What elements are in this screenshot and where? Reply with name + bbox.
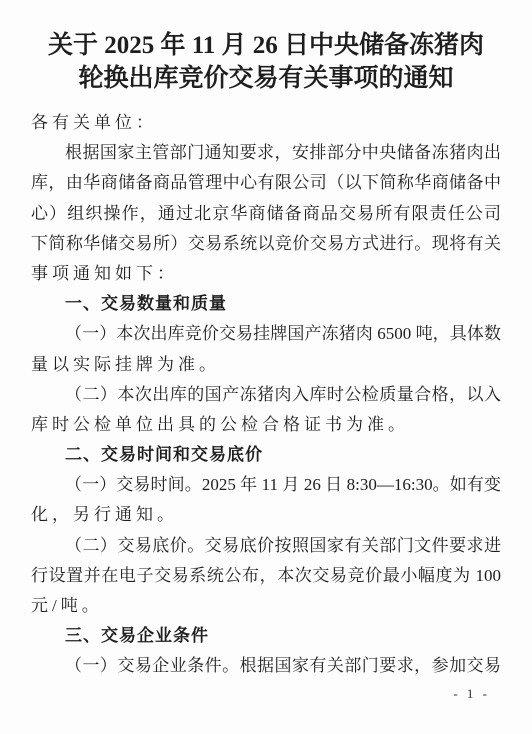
document-title-line-1: 关于 2025 年 11 月 26 日中央储备冻猪肉 <box>20 29 512 62</box>
body-line: 元/吨。 <box>31 591 501 621</box>
document-page: 关于 2025 年 11 月 26 日中央储备冻猪肉 轮换出库竞价交易有关事项的… <box>0 0 532 734</box>
section-heading: 三、交易企业条件 <box>31 621 501 651</box>
body-line: 行设置并在电子交易系统公布，本次交易竞价最小幅度为 100 <box>31 561 501 591</box>
page-number: - 1 - <box>453 686 490 702</box>
salutation-line: 各有关单位： <box>31 108 501 138</box>
body-line: 根据国家主管部门通知要求，安排部分中央储备冻猪肉出 <box>31 138 501 168</box>
body-line: 心）组织操作，通过北京华商储备商品交易所有限责任公司（以 <box>31 199 501 229</box>
body-line: 量以实际挂牌为准。 <box>31 350 501 380</box>
body-line: （二）本次出库的国产冻猪肉入库时公检质量合格，以入 <box>31 380 501 410</box>
document-body: 各有关单位： 根据国家主管部门通知要求，安排部分中央储备冻猪肉出 库，由华商储备… <box>31 108 501 682</box>
document-title: 关于 2025 年 11 月 26 日中央储备冻猪肉 轮换出库竞价交易有关事项的… <box>20 29 512 95</box>
body-line: （二）交易底价。交易底价按照国家有关部门文件要求进 <box>31 531 501 561</box>
body-line: （一）本次出库竞价交易挂牌国产冻猪肉 6500 吨，具体数 <box>31 319 501 349</box>
body-line: 下简称华储交易所）交易系统以竞价交易方式进行。现将有关 <box>31 229 501 259</box>
section-heading: 二、交易时间和交易底价 <box>31 440 501 470</box>
document-title-line-2: 轮换出库竞价交易有关事项的通知 <box>20 62 512 95</box>
body-line: 化，另行通知。 <box>31 500 501 530</box>
body-line: 库，由华商储备商品管理中心有限公司（以下简称华商储备中 <box>31 168 501 198</box>
body-line: （一）交易时间。2025 年 11 月 26 日 8:30—16:30。如有变 <box>31 470 501 500</box>
body-line: 库时公检单位出具的公检合格证书为准。 <box>31 410 501 440</box>
section-heading: 一、交易数量和质量 <box>31 289 501 319</box>
body-line: 事项通知如下： <box>31 259 501 289</box>
body-line: （一）交易企业条件。根据国家有关部门要求，参加交易 <box>31 651 501 681</box>
